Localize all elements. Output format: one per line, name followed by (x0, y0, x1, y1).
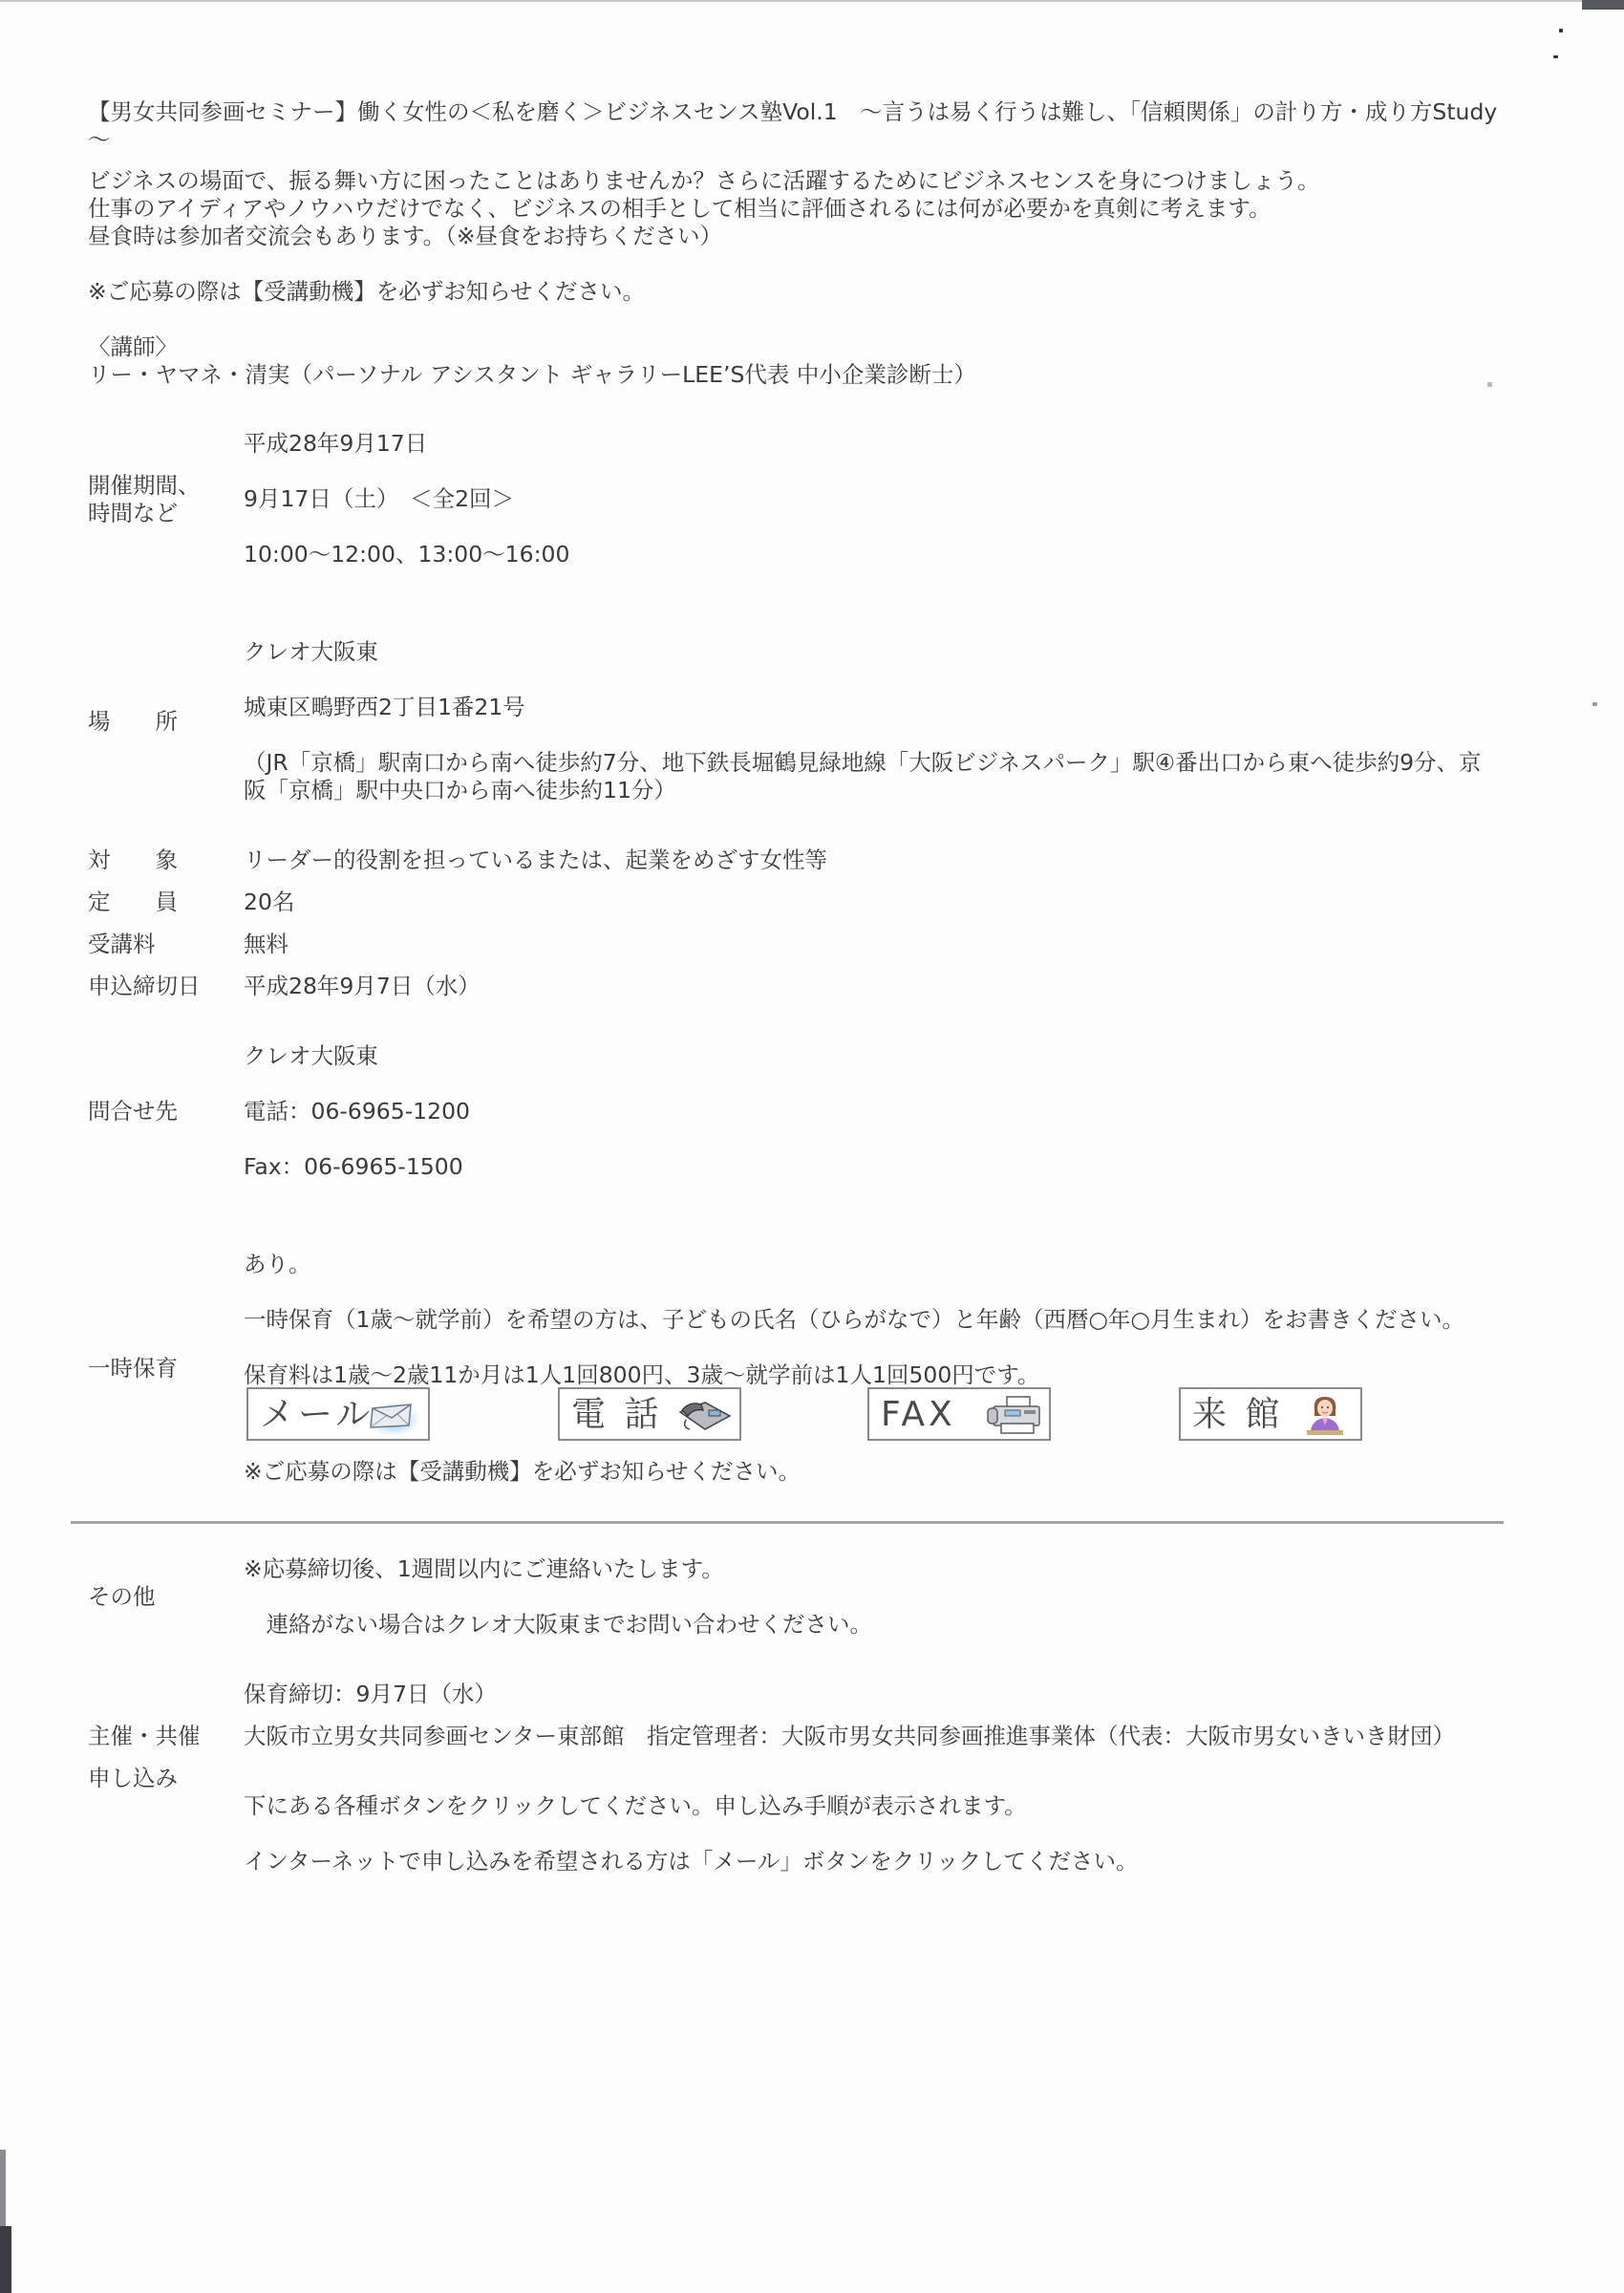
intro-line: ビジネスの場面で、振る舞い方に困ったことはありませんか？さらに活躍するためにビジ… (88, 167, 1502, 195)
info-label: その他 (88, 1583, 244, 1611)
info-value: 無料 (244, 931, 1502, 958)
mail-button-label: メール (248, 1401, 374, 1428)
envelope-icon (365, 1395, 420, 1435)
schedule-time: 10:00～12:00、13:00～16:00 (244, 541, 1502, 568)
info-label: 定 員 (88, 889, 244, 916)
info-label: 対 象 (88, 846, 244, 874)
schedule-date: 平成28年9月17日 (244, 430, 1502, 458)
seminar-title: 【男女共同参画セミナー】働く女性の＜私を磨く＞ビジネスセンス塾Vol.1 ～言う… (88, 98, 1502, 154)
scan-speck (1553, 55, 1558, 58)
mail-button[interactable]: メール (246, 1387, 430, 1441)
venue-address: 城東区鴫野西2丁目1番21号 (244, 694, 1502, 721)
fax-button-label: FAX (869, 1401, 956, 1428)
phone-button-label: 電 話 (560, 1401, 662, 1428)
venue-name: クレオ大阪東 (244, 638, 1502, 666)
info-row-application: 申し込み 下にある各種ボタンをクリックしてください。申し込み手順が表示されます。… (88, 1765, 1502, 1903)
application-line: 下にある各種ボタンをクリックしてください。申し込み手順が表示されます。 (244, 1792, 1502, 1820)
application-line: インターネットで申し込みを希望される方は「メール」ボタンをクリックしてください。 (244, 1848, 1502, 1875)
info-label: 申し込み (88, 1765, 244, 1792)
scanned-page: 【男女共同参画セミナー】働く女性の＜私を磨く＞ビジネスセンス塾Vol.1 ～言う… (0, 0, 1624, 2293)
childcare-fee: 保育料は1歳～2歳11か月は1人1回800円、3歳～就学前は1人1回500円です… (244, 1361, 1502, 1389)
application-buttons: メール 電 話 (246, 1387, 1374, 1445)
info-value: 大阪市立男女共同参画センター東部館 指定管理者：大阪市男女共同参画推進事業体（代… (244, 1723, 1502, 1750)
info-value: 平成28年9月17日 9月17日（土） ＜全2回＞ 10:00～12:00、13… (244, 402, 1502, 596)
info-row-childcare: 一時保育 あり。 一時保育（1歳～就学前）を希望の方は、子どもの氏名（ひらがなで… (88, 1223, 1502, 1513)
lecturer-section: 〈講師〉 リー・ヤマネ・清実（パーソナル アシスタント ギャラリーLEE’S代表… (88, 333, 1502, 389)
info-row-target: 対 象 リーダー的役割を担っているまたは、起業をめざす女性等 (88, 846, 1502, 874)
info-row-organizer: 主催・共催 大阪市立男女共同参画センター東部館 指定管理者：大阪市男女共同参画推… (88, 1723, 1502, 1750)
info-label: 開催期間、 時間など (88, 472, 244, 527)
info-row-venue: 場 所 クレオ大阪東 城東区鴫野西2丁目1番21号 （JR「京橋」駅南口から南へ… (88, 611, 1502, 832)
intro-line: 昼食時は参加者交流会もあります。（※昼食をお持ちください） (88, 223, 1502, 250)
info-value: 20名 (244, 889, 1502, 916)
info-row-fee: 受講料 無料 (88, 931, 1502, 958)
info-label: 一時保育 (88, 1355, 244, 1382)
horizontal-divider (71, 1521, 1504, 1524)
info-value: 平成28年9月7日（水） (244, 973, 1502, 1000)
schedule-day: 9月17日（土） ＜全2回＞ (244, 485, 1502, 513)
visit-button-label: 来 館 (1181, 1401, 1283, 1428)
lecturer-name: リー・ヤマネ・清実（パーソナル アシスタント ギャラリーLEE’S代表 中小企業… (88, 361, 1502, 389)
phone-button[interactable]: 電 話 (558, 1387, 741, 1441)
childcare-availability: あり。 (244, 1251, 1502, 1278)
scan-speck (1592, 702, 1597, 706)
info-value: リーダー的役割を担っているまたは、起業をめざす女性等 (244, 846, 1502, 874)
info-value: クレオ大阪東 城東区鴫野西2丁目1番21号 （JR「京橋」駅南口から南へ徒歩約7… (244, 611, 1502, 832)
childcare-notice: ※ご応募の際は【受講動機】を必ずお知らせください。 (244, 1458, 1502, 1486)
info-value: あり。 一時保育（1歳～就学前）を希望の方は、子どもの氏名（ひらがなで）と年齢（… (244, 1223, 1502, 1513)
seminar-content: 【男女共同参画セミナー】働く女性の＜私を磨く＞ビジネスセンス塾Vol.1 ～言う… (88, 98, 1502, 1918)
info-label: 申込締切日 (88, 973, 244, 1000)
info-row-contact: 問合せ先 クレオ大阪東 電話：06-6965-1200 Fax：06-6965-… (88, 1015, 1502, 1209)
fax-machine-icon (986, 1395, 1041, 1435)
info-value: 下にある各種ボタンをクリックしてください。申し込み手順が表示されます。 インター… (244, 1765, 1502, 1903)
childcare-deadline: 保育締切：9月7日（水） (244, 1681, 1502, 1708)
venue-access: （JR「京橋」駅南口から南へ徒歩約7分、地下鉄長堀鶴見緑地線「大阪ビジネスパーク… (244, 749, 1502, 804)
info-label: 主催・共催 (88, 1723, 244, 1750)
contact-phone: 電話：06-6965-1200 (244, 1098, 1502, 1125)
info-label: 場 所 (88, 708, 244, 736)
fax-button[interactable]: FAX (867, 1387, 1051, 1441)
scan-speck (1559, 29, 1563, 32)
info-label: 受講料 (88, 931, 244, 958)
info-value: ※応募締切後、1週間以内にご連絡いたします。 連絡がない場合はクレオ大阪東までお… (244, 1528, 1502, 1666)
info-row-deadline: 申込締切日 平成28年9月7日（水） (88, 973, 1502, 1000)
other-line: 連絡がない場合はクレオ大阪東までお問い合わせください。 (244, 1611, 1502, 1639)
info-row-other: その他 ※応募締切後、1週間以内にご連絡いたします。 連絡がない場合はクレオ大阪… (88, 1528, 1502, 1666)
scan-corner-shadow (1582, 0, 1624, 10)
info-label: 問合せ先 (88, 1098, 244, 1125)
info-row-schedule: 開催期間、 時間など 平成28年9月17日 9月17日（土） ＜全2回＞ 10:… (88, 402, 1502, 596)
scan-edge-left (0, 2226, 11, 2293)
contact-fax: Fax：06-6965-1500 (244, 1153, 1502, 1181)
application-notice: ※ご応募の際は【受講動機】を必ずお知らせください。 (88, 278, 1502, 306)
visit-button[interactable]: 来 館 (1179, 1387, 1362, 1441)
intro-paragraph: ビジネスの場面で、振る舞い方に困ったことはありませんか？さらに活躍するためにビジ… (88, 167, 1502, 250)
info-row-capacity: 定 員 20名 (88, 889, 1502, 916)
receptionist-icon (1297, 1395, 1353, 1435)
contact-name: クレオ大阪東 (244, 1042, 1502, 1070)
info-row-childcare-deadline: 保育締切：9月7日（水） (88, 1681, 1502, 1708)
telephone-icon (676, 1395, 732, 1435)
intro-line: 仕事のアイディアやノウハウだけでなく、ビジネスの相手として相当に評価されるには何… (88, 195, 1502, 223)
info-value: クレオ大阪東 電話：06-6965-1200 Fax：06-6965-1500 (244, 1015, 1502, 1209)
childcare-instructions: 一時保育（1歳～就学前）を希望の方は、子どもの氏名（ひらがなで）と年齢（西暦○年… (244, 1306, 1502, 1334)
other-line: ※応募締切後、1週間以内にご連絡いたします。 (244, 1555, 1502, 1583)
scan-edge-top (0, 0, 1624, 2)
event-info-table: 開催期間、 時間など 平成28年9月17日 9月17日（土） ＜全2回＞ 10:… (88, 402, 1502, 1903)
lecturer-heading: 〈講師〉 (88, 333, 1502, 361)
